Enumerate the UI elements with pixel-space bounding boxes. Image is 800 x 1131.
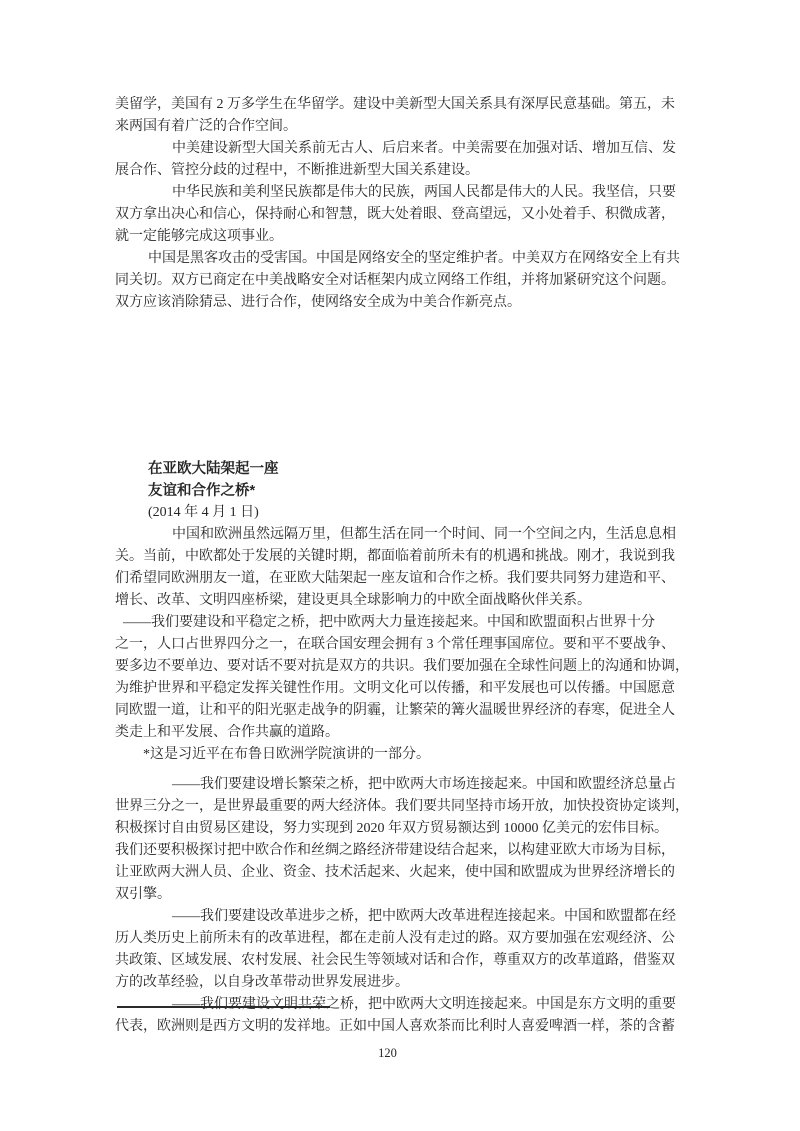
text-line: 们希望同欧洲朋友一道，在亚欧大陆架起一座友谊和合作之桥。我们要共同努力建造和平、 [115, 568, 695, 590]
text-line: 历人类历史上前所未有的改革进程，都在走前人没有走过的路。双方要加强在宏观经济、公 [115, 928, 695, 950]
text-line: 同欧盟一道，让和平的阳光驱走战争的阴霾，让繁荣的篝火温暖世界经济的春寒，促进全人 [115, 700, 695, 722]
spacer [115, 766, 695, 774]
text-line: 同关切。双方已商定在中美战略安全对话框架内成立网络工作组，并将加紧研究这个问题。 [115, 270, 695, 292]
text-line: 双引擎。 [115, 884, 695, 906]
text-line: 双方应该消除猜忌、进行合作，使网络安全成为中美合作新亮点。 [115, 292, 695, 314]
text-line: 之一，人口占世界四分之一，在联合国安理会拥有 3 个常任理事国席位。要和平不要战… [115, 634, 695, 656]
document-body: 美留学，美国有 2 万多学生在华留学。建设中美新型大国关系具有深厚民意基础。第五… [115, 94, 695, 1064]
text-line: 共政策、区域发展、农村发展、社会民生等领域对话和合作，尊重双方的改革道路，借鉴双 [115, 950, 695, 972]
text-line: 美留学，美国有 2 万多学生在华留学。建设中美新型大国关系具有深厚民意基础。第五… [115, 94, 695, 116]
text-line: 积极探讨自由贸易区建设，努力实现到 2020 年双方贸易额达到 10000 亿美… [115, 818, 695, 840]
text-line: 关。当前，中欧都处于发展的关键时期，都面临着前所未有的机遇和挑战。刚才，我说到我 [115, 546, 695, 568]
text-line: 要多边不要单边、要对话不要对抗是双方的共识。我们要加强在全球性问题上的沟通和协调… [115, 656, 695, 678]
text-line: 中美建设新型大国关系前无古人、后启来者。中美需要在加强对话、增加互信、发 [115, 138, 695, 160]
text-line: 增长、改革、文明四座桥梁，建设更具全球影响力的中欧全面战略伙伴关系。 [115, 590, 695, 612]
text-line: 方的改革经验，以自身改革带动世界发展进步。 [115, 972, 695, 994]
text-line: ——我们要建设和平稳定之桥，把中欧两大力量连接起来。中国和欧盟面积占世界十分 [115, 612, 695, 634]
text-line: 双方拿出决心和信心，保持耐心和智慧，既大处着眼、登高望远，又小处着手、积微成著， [115, 204, 695, 226]
page-number: 120 [115, 1042, 660, 1064]
text-line: 我们还要积极探讨把中欧合作和丝绸之路经济带建设结合起来，以构建亚欧大市场为目标， [115, 840, 695, 862]
text-line: 中国和欧洲虽然远隔万里，但都生活在同一个时间、同一个空间之内，生活息息相 [115, 524, 695, 546]
text-line: 世界三分之一，是世界最重要的两大经济体。我们要共同坚持市场开放，加快投资协定谈判… [115, 796, 695, 818]
speech-date-line: (2014 年 4 月 1 日) [115, 502, 695, 524]
text-line: 来两国有着广泛的合作空间。 [115, 116, 695, 138]
text-line: 展合作、管控分歧的过程中，不断推进新型大国关系建设。 [115, 160, 695, 182]
text-line: 中华民族和美利坚民族都是伟大的民族，两国人民都是伟大的人民。我坚信，只要 [115, 182, 695, 204]
document-page: 美留学，美国有 2 万多学生在华留学。建设中美新型大国关系具有深厚民意基础。第五… [0, 0, 800, 1131]
text-line: ——我们要建设文明共荣之桥，把中欧两大文明连接起来。中国是东方文明的重要 [115, 994, 695, 1016]
text-line: 就一定能够完成这项事业。 [115, 226, 695, 248]
text-line: 中国是黑客攻击的受害国。中国是网络安全的坚定维护者。中美双方在网络安全上有共 [115, 248, 695, 270]
text-line: 让亚欧两大洲人员、企业、资金、技术活起来、火起来，使中国和欧盟成为世界经济增长的 [115, 862, 695, 884]
spacer [115, 314, 695, 458]
text-line: 为维护世界和平稳定发挥关键性作用。文明文化可以传播，和平发展也可以传播。中国愿意 [115, 678, 695, 700]
footnote-line: *这是习近平在布鲁日欧洲学院演讲的一部分。 [115, 744, 695, 766]
text-line: 代表，欧洲则是西方文明的发祥地。正如中国人喜欢茶而比利时人喜爱啤酒一样，茶的含蓄 [115, 1016, 695, 1038]
text-line: ——我们要建设改革进步之桥，把中欧两大改革进程连接起来。中国和欧盟都在经 [115, 906, 695, 928]
stray-separator-line [117, 1006, 330, 1008]
speech-title-line: 友谊和合作之桥* [115, 480, 695, 502]
speech-title-line: 在亚欧大陆架起一座 [115, 458, 695, 480]
text-line: 类走上和平发展、合作共赢的道路。 [115, 722, 695, 744]
text-line: ——我们要建设增长繁荣之桥，把中欧两大市场连接起来。中国和欧盟经济总量占 [115, 774, 695, 796]
